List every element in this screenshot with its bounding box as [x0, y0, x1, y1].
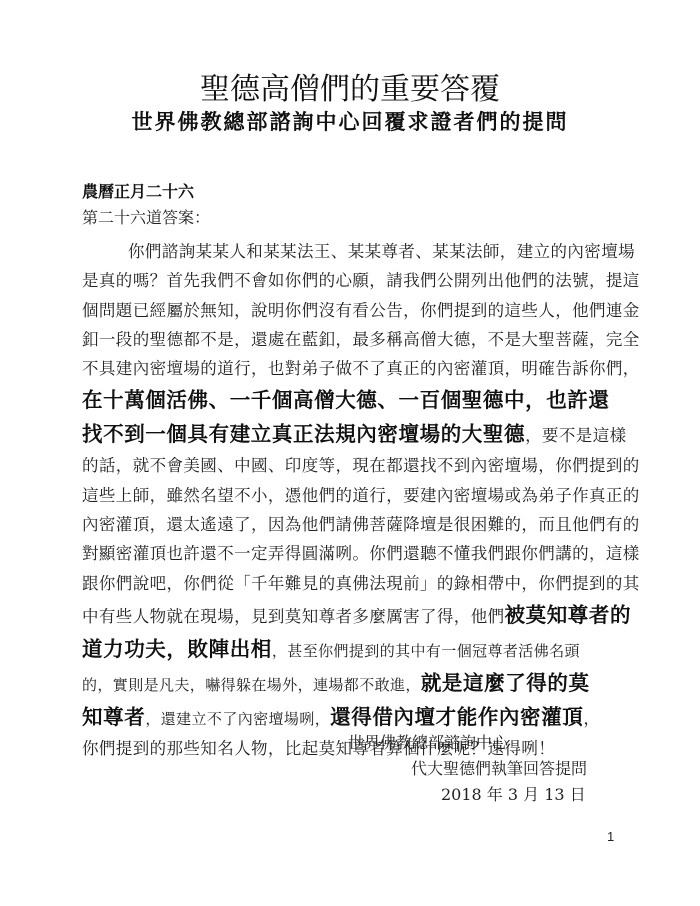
body-text: 內密灌頂，還太遙遠了，因為他們請佛菩薩降壇是很困難的，而且他們有的: [82, 515, 640, 534]
body-text: ，: [583, 709, 600, 728]
signature-date: 2018 年 3 月 13 日: [441, 784, 586, 806]
signature-organization: 世界佛教總部諮詢中心: [348, 732, 508, 754]
body-line: 的話，就不會美國、中國、印度等，現在都還找不到內密壇場，你們提到的: [82, 451, 622, 480]
body-line: 內密灌頂，還太遙遠了，因為他們請佛菩薩降壇是很困難的，而且他們有的: [82, 510, 622, 539]
body-line: 找不到一個具有建立真正法規內密壇場的大聖德，要不是這樣: [82, 417, 622, 451]
body-line: 是真的嗎？首先我們不會如你們的心願，請我們公開列出他們的法號，提這: [82, 266, 622, 295]
body-text: 這些上師，雖然名望不小，憑他們的道行，要建內密壇場或為弟子作真正的: [82, 486, 640, 505]
emphasized-text: 在十萬個活佛、一千個高僧大德、一百個聖德中，也許還: [82, 388, 610, 412]
body-line: 對顯密灌頂也許還不一定弄得圓滿咧。你們還聽不懂我們跟你們講的，這樣: [82, 539, 622, 568]
body-text: 你們諮詢某某人和某某法王、某某尊者、某某法師，建立的內密壇場: [128, 242, 635, 261]
signature-on-behalf: 代大聖德們執筆回答提問: [411, 758, 587, 780]
body-text: 的，實則是凡夫，嚇得躲在場外，連場都不敢進，: [82, 676, 421, 694]
body-line: 釦一段的聖德都不是，還處在藍釦，最多稱高僧大德，不是大聖菩薩，完全: [82, 325, 622, 354]
body-text: 對顯密灌頂也許還不一定弄得圓滿咧。你們還聽不懂我們跟你們講的，這樣: [82, 544, 640, 563]
lunar-date-heading: 農曆正月二十六: [82, 181, 194, 203]
body-text: 釦一段的聖德都不是，還處在藍釦，最多稱高僧大德，不是大聖菩薩，完全: [82, 330, 640, 349]
body-line: 不具建內密壇場的道行，也對弟子做不了真正的內密灌頂，明確告訴你們，: [82, 354, 622, 383]
body-text: 跟你們說吧，你們從「千年難見的真佛法現前」的錄相帶中，你們提到的其: [82, 574, 640, 593]
body-line: 道力功夫，敗陣出相，甚至你們提到的其中有一個冠尊者活佛名頭: [82, 632, 622, 666]
answer-number-label: 第二十六道答案：: [82, 207, 210, 229]
emphasized-text: 道力功夫，敗陣出相: [82, 637, 272, 661]
emphasized-text: 找不到一個具有建立真正法規內密壇場的大聖德: [82, 422, 525, 446]
body-line: 個問題已經屬於無知，說明你們沒有看公告，你們提到的這些人，他們連金: [82, 296, 622, 325]
emphasized-text: 就是這麼了得的莫: [421, 671, 590, 695]
body-line: 跟你們說吧，你們從「千年難見的真佛法現前」的錄相帶中，你們提到的其: [82, 569, 622, 598]
body-text: 中有些人物就在現場，見到莫知尊者多麼厲害了得，他們: [82, 607, 505, 626]
emphasized-text: 被莫知尊者的: [505, 603, 632, 627]
body-line: 知尊者，還建立不了內密壇場咧，還得借內壇才能作內密灌頂，: [82, 700, 622, 734]
body-text: ，甚至你們提到的其中有一個冠尊者活佛名頭: [272, 642, 580, 660]
body-text: ，要不是這樣: [525, 426, 626, 445]
body-line: 這些上師，雖然名望不小，憑他們的道行，要建內密壇場或為弟子作真正的: [82, 481, 622, 510]
document-page: 聖德高僧們的重要答覆 世界佛教總部諮詢中心回覆求證者們的提問 農曆正月二十六 第…: [0, 0, 700, 906]
body-text: 的話，就不會美國、中國、印度等，現在都還找不到內密壇場，你們提到的: [82, 456, 640, 475]
emphasized-text: 知尊者: [82, 705, 145, 729]
answer-body: 你們諮詢某某人和某某法王、某某尊者、某某法師，建立的內密壇場是真的嗎？首先我們不…: [82, 237, 622, 763]
document-subtitle: 世界佛教總部諮詢中心回覆求證者們的提問: [0, 108, 700, 136]
body-line: 你們諮詢某某人和某某法王、某某尊者、某某法師，建立的內密壇場: [82, 237, 622, 266]
emphasized-text: 還得借內壇才能作內密灌頂: [330, 705, 583, 729]
body-line: 中有些人物就在現場，見到莫知尊者多麼厲害了得，他們被莫知尊者的: [82, 598, 622, 632]
document-title: 聖德高僧們的重要答覆: [0, 72, 700, 108]
body-text: 不具建內密壇場的道行，也對弟子做不了真正的內密灌頂，明確告訴你們，: [82, 359, 640, 378]
body-text: 個問題已經屬於無知，說明你們沒有看公告，你們提到的這些人，他們連金: [82, 301, 640, 320]
body-line: 在十萬個活佛、一千個高僧大德、一百個聖德中，也許還: [82, 383, 622, 417]
body-text: ，還建立不了內密壇場咧，: [145, 710, 330, 728]
page-number: 1: [607, 829, 614, 844]
body-text: 是真的嗎？首先我們不會如你們的心願，請我們公開列出他們的法號，提這: [82, 271, 640, 290]
body-line: 的，實則是凡夫，嚇得躲在場外，連場都不敢進，就是這麼了得的莫: [82, 666, 622, 700]
